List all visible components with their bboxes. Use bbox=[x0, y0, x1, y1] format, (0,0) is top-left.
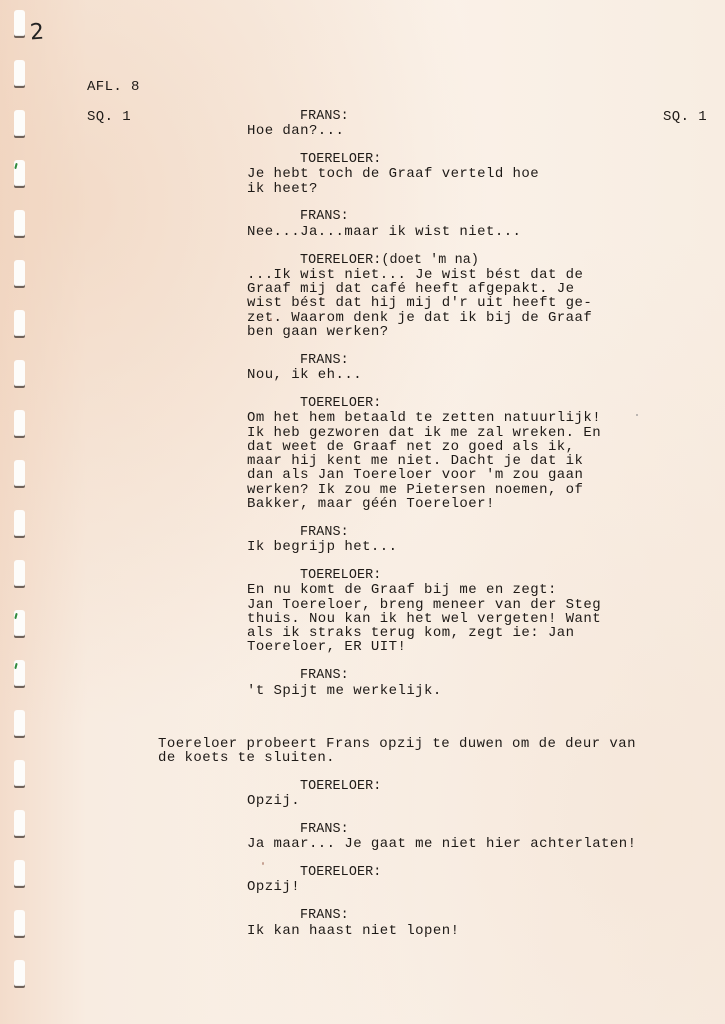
binder-hole bbox=[14, 760, 25, 786]
binder-hole bbox=[14, 960, 25, 986]
binder-hole bbox=[14, 710, 25, 736]
binder-hole bbox=[14, 660, 25, 686]
dialogue-section-2: TOERELOER:Opzij.FRANS:Ja maar... Je gaat… bbox=[247, 780, 707, 952]
binder-hole bbox=[14, 610, 25, 636]
speaker-name: TOERELOER: bbox=[247, 866, 707, 880]
dialogue-line: Ja maar... Je gaat me niet hier achterla… bbox=[247, 837, 707, 851]
paper-speck bbox=[262, 862, 264, 865]
speaker-name: FRANS: bbox=[247, 823, 707, 837]
dialogue-line: Jan Toereloer, breng meneer van der Steg bbox=[247, 598, 707, 612]
dialogue-line: ...Ik wist niet... Je wist bést dat de bbox=[247, 268, 707, 282]
speaker-name: FRANS: bbox=[247, 354, 707, 368]
dialogue-block: TOERELOER:En nu komt de Graaf bij me en … bbox=[247, 569, 707, 655]
dialogue-line: Je hebt toch de Graaf verteld hoe bbox=[247, 167, 707, 181]
binder-hole bbox=[14, 410, 25, 436]
dialogue-section-1: FRANS:Hoe dan?...TOERELOER:Je hebt toch … bbox=[247, 110, 707, 712]
stage-direction-line: Toereloer probeert Frans opzij te duwen … bbox=[158, 737, 636, 751]
episode-label: AFL. 8 bbox=[87, 80, 140, 94]
dialogue-line: zet. Waarom denk je dat ik bij de Graaf bbox=[247, 311, 707, 325]
dialogue-line: als ik straks terug kom, zegt ie: Jan bbox=[247, 626, 707, 640]
speaker-name: FRANS: bbox=[247, 110, 707, 124]
binder-hole bbox=[14, 360, 25, 386]
binder-hole bbox=[14, 160, 25, 186]
binder-hole bbox=[14, 910, 25, 936]
dialogue-block: TOERELOER:Om het hem betaald te zetten n… bbox=[247, 397, 707, 511]
dialogue-line: Graaf mij dat café heeft afgepakt. Je bbox=[247, 282, 707, 296]
speaker-name: TOERELOER:(doet 'm na) bbox=[247, 254, 707, 268]
dialogue-line: Opzij. bbox=[247, 794, 707, 808]
dialogue-line: Nou, ik eh... bbox=[247, 368, 707, 382]
stage-direction: Toereloer probeert Frans opzij te duwen … bbox=[158, 737, 636, 766]
dialogue-line: maar hij kent me niet. Dacht je dat ik bbox=[247, 454, 707, 468]
dialogue-block: TOERELOER:Opzij. bbox=[247, 780, 707, 809]
binder-hole bbox=[14, 10, 25, 36]
speaker-name: FRANS: bbox=[247, 210, 707, 224]
binder-hole bbox=[14, 260, 25, 286]
dialogue-line: Ik heb gezworen dat ik me zal wreken. En bbox=[247, 426, 707, 440]
binder-hole bbox=[14, 310, 25, 336]
dialogue-line: ben gaan werken? bbox=[247, 325, 707, 339]
script-page: 2 AFL. 8 SQ. 1 SQ. 1 FRANS:Hoe dan?...TO… bbox=[0, 0, 725, 1024]
dialogue-line: Toereloer, ER UIT! bbox=[247, 640, 707, 654]
dialogue-line: En nu komt de Graaf bij me en zegt: bbox=[247, 583, 707, 597]
dialogue-block: FRANS:Ja maar... Je gaat me niet hier ac… bbox=[247, 823, 707, 852]
dialogue-line: werken? Ik zou me Pietersen noemen, of bbox=[247, 483, 707, 497]
dialogue-line: dan als Jan Toereloer voor 'm zou gaan bbox=[247, 468, 707, 482]
dialogue-block: TOERELOER:Je hebt toch de Graaf verteld … bbox=[247, 153, 707, 196]
dialogue-line: wist bést dat hij mij d'r uit heeft ge- bbox=[247, 296, 707, 310]
speaker-name: FRANS: bbox=[247, 909, 707, 923]
dialogue-block: FRANS:Nou, ik eh... bbox=[247, 354, 707, 383]
speaker-name: TOERELOER: bbox=[247, 397, 707, 411]
dialogue-block: FRANS:Ik kan haast niet lopen! bbox=[247, 909, 707, 938]
speaker-name: TOERELOER: bbox=[247, 569, 707, 583]
dialogue-line: Om het hem betaald te zetten natuurlijk! bbox=[247, 411, 707, 425]
dialogue-line: thuis. Nou kan ik het wel vergeten! Want bbox=[247, 612, 707, 626]
speaker-name: FRANS: bbox=[247, 526, 707, 540]
dialogue-block: TOERELOER:Opzij! bbox=[247, 866, 707, 895]
speaker-name: TOERELOER: bbox=[247, 780, 707, 794]
dialogue-line: Ik kan haast niet lopen! bbox=[247, 924, 707, 938]
paper-speck bbox=[636, 414, 638, 416]
dialogue-line: dat weet de Graaf net zo goed als ik, bbox=[247, 440, 707, 454]
dialogue-line: Ik begrijp het... bbox=[247, 540, 707, 554]
dialogue-block: FRANS:Ik begrijp het... bbox=[247, 526, 707, 555]
binder-hole bbox=[14, 510, 25, 536]
binder-hole bbox=[14, 810, 25, 836]
dialogue-block: FRANS:Nee...Ja...maar ik wist niet... bbox=[247, 210, 707, 239]
speaker-name: TOERELOER: bbox=[247, 153, 707, 167]
binder-hole bbox=[14, 60, 25, 86]
speaker-name: FRANS: bbox=[247, 669, 707, 683]
dialogue-line: ik heet? bbox=[247, 182, 707, 196]
dialogue-block: FRANS:'t Spijt me werkelijk. bbox=[247, 669, 707, 698]
binder-hole bbox=[14, 560, 25, 586]
binder-hole bbox=[14, 110, 25, 136]
binder-holes bbox=[14, 0, 30, 1024]
dialogue-line: Nee...Ja...maar ik wist niet... bbox=[247, 225, 707, 239]
dialogue-line: Opzij! bbox=[247, 880, 707, 894]
paper-speck bbox=[270, 318, 272, 321]
dialogue-line: Hoe dan?... bbox=[247, 124, 707, 138]
dialogue-block: TOERELOER:(doet 'm na)...Ik wist niet...… bbox=[247, 254, 707, 340]
binder-hole bbox=[14, 860, 25, 886]
handwritten-page-number: 2 bbox=[29, 20, 45, 46]
sequence-label-left: SQ. 1 bbox=[87, 110, 131, 124]
binder-hole bbox=[14, 210, 25, 236]
dialogue-block: FRANS:Hoe dan?... bbox=[247, 110, 707, 139]
dialogue-line: Bakker, maar géén Toereloer! bbox=[247, 497, 707, 511]
stage-direction-line: de koets te sluiten. bbox=[158, 751, 636, 765]
dialogue-line: 't Spijt me werkelijk. bbox=[247, 684, 707, 698]
binder-hole bbox=[14, 460, 25, 486]
